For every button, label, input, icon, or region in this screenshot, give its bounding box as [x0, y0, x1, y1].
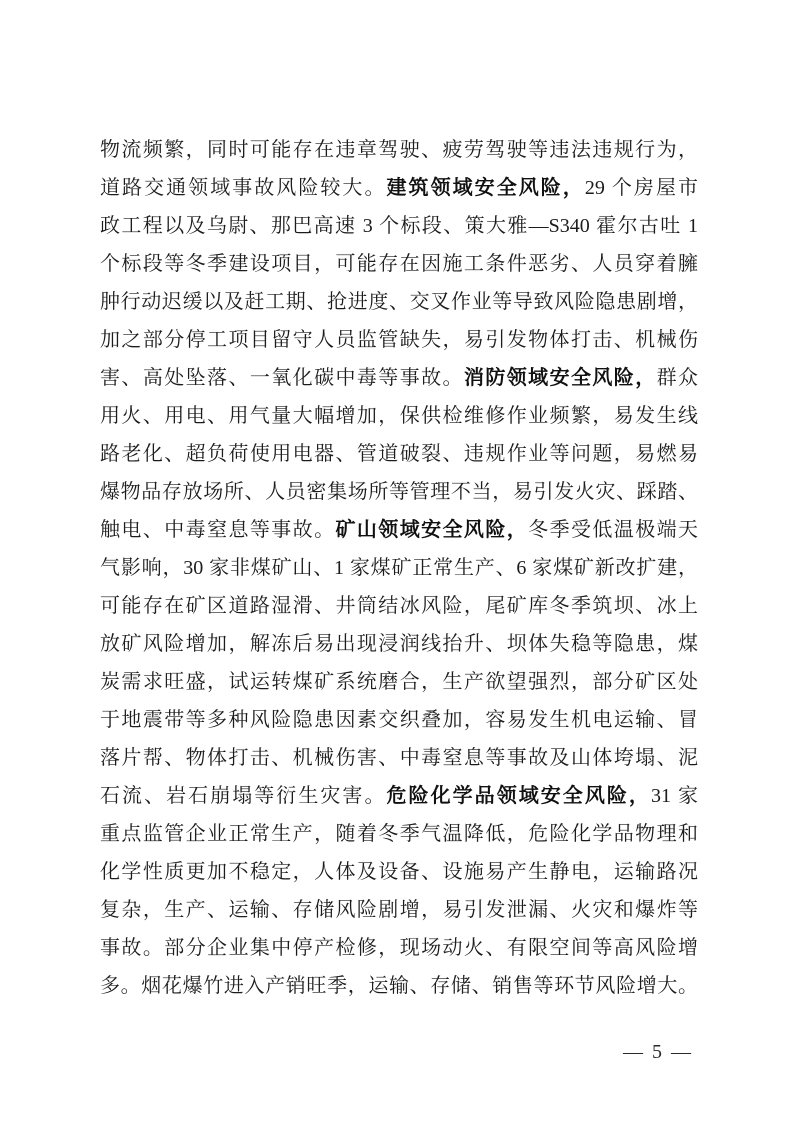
text-segment: 于地震带等多种风险隐患因素交织叠加，容易发生机电运输、冒 — [100, 709, 698, 731]
text-line: 个标段等冬季建设项目，可能存在因施工条件恶劣、人员穿着臃 — [100, 245, 698, 283]
document-page: 物流频繁，同时可能存在违章驾驶、疲劳驾驶等违法违规行为，道路交通领域事故风险较大… — [0, 0, 793, 1122]
section-heading: 危险化学品领域安全风险， — [387, 785, 651, 807]
text-segment: 炭需求旺盛，试运转煤矿系统磨合，生产欲望强烈，部分矿区处 — [100, 671, 698, 693]
text-line: 石流、岩石崩塌等衍生灾害。危险化学品领域安全风险，31 家 — [100, 777, 698, 815]
text-segment: 放矿风险增加，解冻后易出现浸润线抬升、坝体失稳等隐患，煤 — [100, 633, 698, 655]
text-line: 多。烟花爆竹进入产销旺季，运输、存储、销售等环节风险增大。 — [100, 967, 698, 1005]
text-line: 可能存在矿区道路湿滑、井筒结冰风险，尾矿库冬季筑坝、冰上 — [100, 587, 698, 625]
text-segment: 冬季受低温极端天 — [528, 519, 698, 541]
text-segment: 29 个房屋市 — [585, 177, 698, 199]
text-segment: 可能存在矿区道路湿滑、井筒结冰风险，尾矿库冬季筑坝、冰上 — [100, 595, 698, 617]
text-segment: 气影响，30 家非煤矿山、1 家煤矿正常生产、6 家煤矿新改扩建， — [100, 557, 698, 579]
section-heading: 消防领域安全风险， — [464, 367, 657, 389]
text-segment: 落片帮、物体打击、机械伤害、中毒窒息等事故及山体垮塌、泥 — [100, 747, 698, 769]
text-line: 害、高处坠落、一氧化碳中毒等事故。消防领域安全风险，群众 — [100, 359, 698, 397]
text-segment: 31 家 — [651, 785, 698, 807]
text-segment: 道路交通领域事故风险较大。 — [100, 177, 387, 199]
text-line: 肿行动迟缓以及赶工期、抢进度、交叉作业等导致风险隐患剧增， — [100, 283, 698, 321]
text-line: 爆物品存放场所、人员密集场所等管理不当，易引发火灾、踩踏、 — [100, 473, 698, 511]
text-segment: 重点监管企业正常生产，随着冬季气温降低，危险化学品物理和 — [100, 823, 698, 845]
text-line: 加之部分停工项目留守人员监管缺失，易引发物体打击、机械伤 — [100, 321, 698, 359]
text-line: 物流频繁，同时可能存在违章驾驶、疲劳驾驶等违法违规行为， — [100, 131, 698, 169]
body-text: 物流频繁，同时可能存在违章驾驶、疲劳驾驶等违法违规行为，道路交通领域事故风险较大… — [100, 131, 698, 1005]
text-line: 化学性质更加不稳定，人体及设备、设施易产生静电，运输路况 — [100, 853, 698, 891]
text-line: 于地震带等多种风险隐患因素交织叠加，容易发生机电运输、冒 — [100, 701, 698, 739]
text-segment: 物流频繁，同时可能存在违章驾驶、疲劳驾驶等违法违规行为， — [100, 139, 698, 161]
text-segment: 用火、用电、用气量大幅增加，保供检维修作业频繁，易发生线 — [100, 405, 698, 427]
text-line: 道路交通领域事故风险较大。建筑领域安全风险，29 个房屋市 — [100, 169, 698, 207]
text-segment: 个标段等冬季建设项目，可能存在因施工条件恶劣、人员穿着臃 — [100, 253, 698, 275]
section-heading: 建筑领域安全风险， — [387, 177, 585, 199]
text-segment: 加之部分停工项目留守人员监管缺失，易引发物体打击、机械伤 — [100, 329, 698, 351]
text-line: 复杂，生产、运输、存储风险剧增，易引发泄漏、火灾和爆炸等 — [100, 891, 698, 929]
text-line: 放矿风险增加，解冻后易出现浸润线抬升、坝体失稳等隐患，煤 — [100, 625, 698, 663]
text-segment: 多。烟花爆竹进入产销旺季，运输、存储、销售等环节风险增大。 — [100, 975, 698, 997]
text-line: 用火、用电、用气量大幅增加，保供检维修作业频繁，易发生线 — [100, 397, 698, 435]
text-segment: 害、高处坠落、一氧化碳中毒等事故。 — [100, 367, 464, 389]
text-segment: 触电、中毒窒息等事故。 — [100, 519, 335, 541]
text-segment: 化学性质更加不稳定，人体及设备、设施易产生静电，运输路况 — [100, 861, 698, 883]
text-line: 路老化、超负荷使用电器、管道破裂、违规作业等问题，易燃易 — [100, 435, 698, 473]
text-line: 落片帮、物体打击、机械伤害、中毒窒息等事故及山体垮塌、泥 — [100, 739, 698, 777]
text-segment: 爆物品存放场所、人员密集场所等管理不当，易引发火灾、踩踏、 — [100, 481, 698, 503]
text-line: 政工程以及乌尉、那巴高速 3 个标段、策大雅—S340 霍尔古吐 1 — [100, 207, 698, 245]
text-line: 触电、中毒窒息等事故。矿山领域安全风险，冬季受低温极端天 — [100, 511, 698, 549]
text-segment: 路老化、超负荷使用电器、管道破裂、违规作业等问题，易燃易 — [100, 443, 698, 465]
page-number: — 5 — — [623, 1033, 693, 1071]
text-segment: 政工程以及乌尉、那巴高速 3 个标段、策大雅—S340 霍尔古吐 1 — [100, 215, 698, 237]
text-line: 重点监管企业正常生产，随着冬季气温降低，危险化学品物理和 — [100, 815, 698, 853]
text-line: 事故。部分企业集中停产检修，现场动火、有限空间等高风险增 — [100, 929, 698, 967]
text-line: 气影响，30 家非煤矿山、1 家煤矿正常生产、6 家煤矿新改扩建， — [100, 549, 698, 587]
text-segment: 石流、岩石崩塌等衍生灾害。 — [100, 785, 387, 807]
section-heading: 矿山领域安全风险， — [335, 519, 528, 541]
text-line: 炭需求旺盛，试运转煤矿系统磨合，生产欲望强烈，部分矿区处 — [100, 663, 698, 701]
text-segment: 复杂，生产、运输、存储风险剧增，易引发泄漏、火灾和爆炸等 — [100, 899, 698, 921]
text-segment: 事故。部分企业集中停产检修，现场动火、有限空间等高风险增 — [100, 937, 698, 959]
text-segment: 群众 — [657, 367, 698, 389]
text-segment: 肿行动迟缓以及赶工期、抢进度、交叉作业等导致风险隐患剧增， — [100, 291, 698, 313]
